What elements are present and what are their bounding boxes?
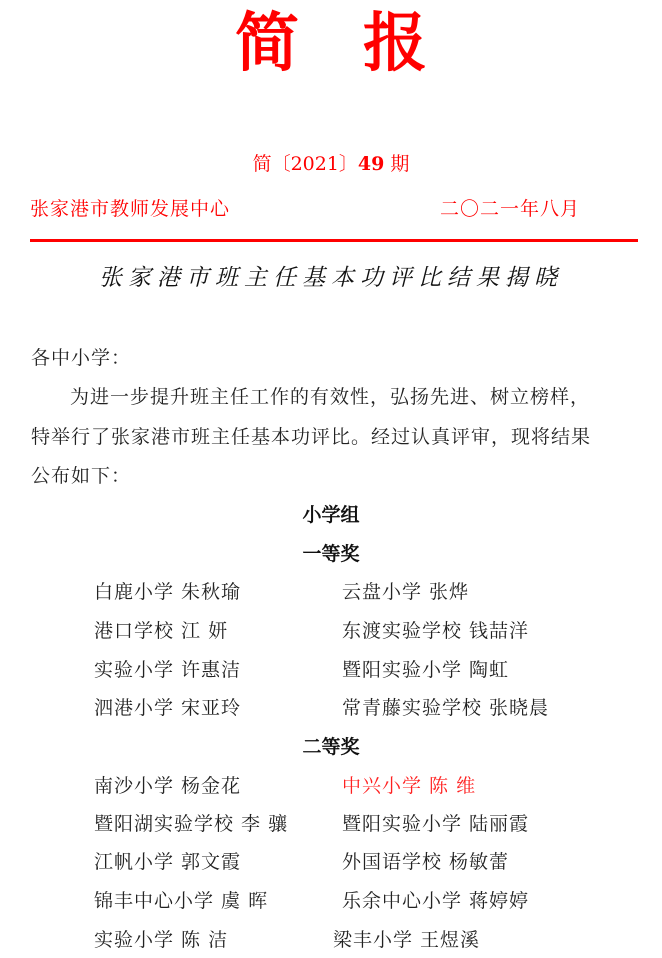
winner-entry: 暨阳实验小学 陆丽霞 <box>342 811 529 837</box>
winner-entry: 泗港小学 宋亚玲 <box>94 695 241 721</box>
paragraph-line-2: 特举行了张家港市班主任基本功评比。经过认真评审，现将结果 <box>31 424 591 450</box>
issue-date: 二〇二一年八月 <box>440 196 580 222</box>
winner-entry: 江帆小学 郭文霞 <box>94 849 241 875</box>
winner-entry: 常青藤实验学校 张晓晨 <box>342 695 549 721</box>
winner-entry-highlighted: 中兴小学 陈 维 <box>342 773 476 799</box>
winner-entry: 白鹿小学 朱秋瑜 <box>94 579 241 605</box>
issuing-organization: 张家港市教师发展中心 <box>30 196 230 222</box>
winner-entry: 乐余中心小学 蒋婷婷 <box>342 888 529 914</box>
winner-entry: 实验小学 许惠洁 <box>94 657 241 683</box>
winner-entry: 东渡实验学校 钱喆洋 <box>342 618 529 644</box>
winner-entry: 外国语学校 杨敏蕾 <box>342 849 509 875</box>
winner-entry: 实验小学 陈 洁 <box>94 927 228 953</box>
issue-suffix: 期 <box>390 153 409 175</box>
salutation: 各中小学： <box>31 345 131 371</box>
winner-entry: 南沙小学 杨金花 <box>94 773 241 799</box>
winner-entry: 暨阳湖实验学校 李 骧 <box>94 811 288 837</box>
winner-entry: 云盘小学 张烨 <box>342 579 469 605</box>
paragraph-line-1: 为进一步提升班主任工作的有效性，弘扬先进、树立榜样， <box>70 384 590 410</box>
winner-entry: 港口学校 江 妍 <box>94 618 228 644</box>
paragraph-line-3: 公布如下： <box>31 463 131 489</box>
first-prize-heading: 一等奖 <box>0 541 662 567</box>
masthead-char-2: 报 <box>362 4 428 84</box>
issue-prefix: 简〔2021〕 <box>253 153 358 175</box>
masthead-char-1: 简 <box>234 4 300 84</box>
document-title: 张家港市班主任基本功评比结果揭晓 <box>0 262 662 294</box>
winner-entry: 暨阳实验小学 陶虹 <box>342 657 509 683</box>
masthead-title: 简报 <box>0 4 662 84</box>
second-prize-heading: 二等奖 <box>0 734 662 760</box>
group-heading: 小学组 <box>0 502 662 528</box>
issue-num: 49 <box>358 153 384 175</box>
winner-entry: 锦丰中心小学 虞 晖 <box>94 888 268 914</box>
issue-number: 简〔2021〕49 期 <box>0 151 662 177</box>
header-divider <box>30 239 638 242</box>
winner-entry: 梁丰小学 王煜溪 <box>333 927 480 953</box>
